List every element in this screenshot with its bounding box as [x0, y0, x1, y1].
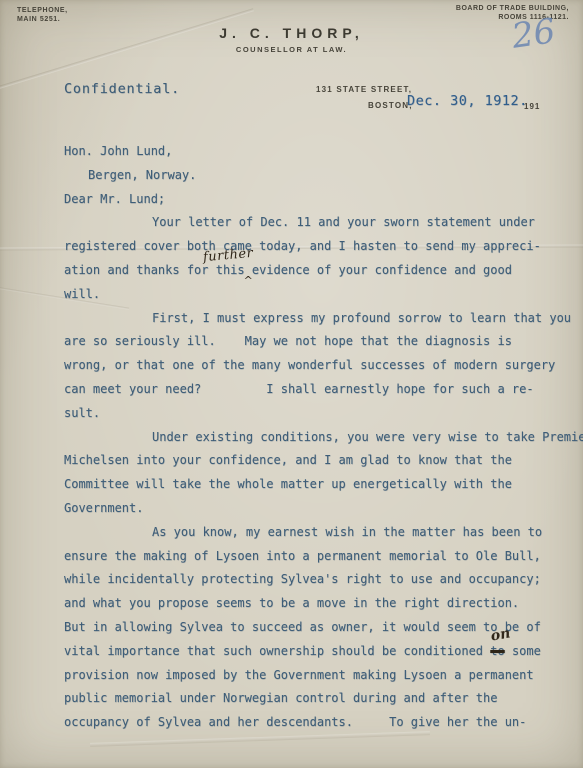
- telephone-number: MAIN 5251.: [17, 15, 68, 24]
- body-line: Committee will take the whole matter up …: [64, 473, 576, 497]
- body-line-with-insertion: ation and thanks for this ^furthereviden…: [64, 259, 576, 283]
- salutation-line: Dear Mr. Lund;: [64, 188, 576, 212]
- body-line-with-correction: vital importance that such ownership sho…: [64, 640, 576, 664]
- body-line: Michelsen into your confidence, and I am…: [64, 449, 576, 473]
- letterhead-title: COUNSELLOR AT LAW.: [0, 45, 583, 54]
- body-line: public memorial under Norwegian control …: [64, 687, 576, 711]
- body-line: Your letter of Dec. 11 and your sworn st…: [64, 211, 576, 235]
- body-line: occupancy of Sylvea and her descendants.…: [64, 711, 576, 735]
- body-line: can meet your need? I shall earnestly ho…: [64, 378, 576, 402]
- letterhead-city: BOSTON,: [368, 101, 413, 110]
- body-line: As you know, my earnest wish in the matt…: [64, 521, 576, 545]
- body-line: registered cover both came today, and I …: [64, 235, 576, 259]
- recipient-name-line: Hon. John Lund,: [64, 140, 576, 164]
- body-line: Under existing conditions, you were very…: [64, 426, 576, 450]
- letter-body: Hon. John Lund, Bergen, Norway. Dear Mr.…: [64, 140, 576, 735]
- body-line: Government.: [64, 497, 576, 521]
- handwritten-insertion-word: further: [202, 242, 254, 270]
- body-line: wrong, or that one of the many wonderful…: [64, 354, 576, 378]
- letterhead-telephone-block: TELEPHONE, MAIN 5251.: [17, 6, 68, 24]
- letterhead-name: J. C. THORP,: [0, 25, 583, 41]
- recipient-city-line: Bergen, Norway.: [64, 164, 576, 188]
- body-text: evidence of your confidence and good: [252, 263, 512, 277]
- insertion-anchor: ^further: [245, 259, 252, 283]
- confidential-label: Confidential.: [64, 81, 180, 97]
- body-line: will.: [64, 283, 576, 307]
- typed-date: Dec. 30, 1912.: [407, 93, 528, 109]
- body-line: First, I must express my profound sorrow…: [64, 307, 576, 331]
- body-line: sult.: [64, 402, 576, 426]
- correction-anchor: toon: [490, 640, 504, 664]
- body-line: provision now imposed by the Government …: [64, 664, 576, 688]
- body-line: are so seriously ill. May we not hope th…: [64, 330, 576, 354]
- body-line: ensure the making of Lysoen into a perma…: [64, 545, 576, 569]
- body-text: vital importance that such ownership sho…: [64, 644, 490, 658]
- pencil-page-number: 26: [509, 11, 557, 57]
- letterhead-street: 131 STATE STREET,: [316, 85, 412, 94]
- body-line: while incidentally protecting Sylvea's r…: [64, 568, 576, 592]
- body-line: and what you propose seems to be a move …: [64, 592, 576, 616]
- handwritten-caret: ^: [244, 269, 253, 293]
- scanned-letter-page: TELEPHONE, MAIN 5251. BOARD OF TRADE BUI…: [0, 0, 583, 768]
- telephone-label: TELEPHONE,: [17, 6, 68, 15]
